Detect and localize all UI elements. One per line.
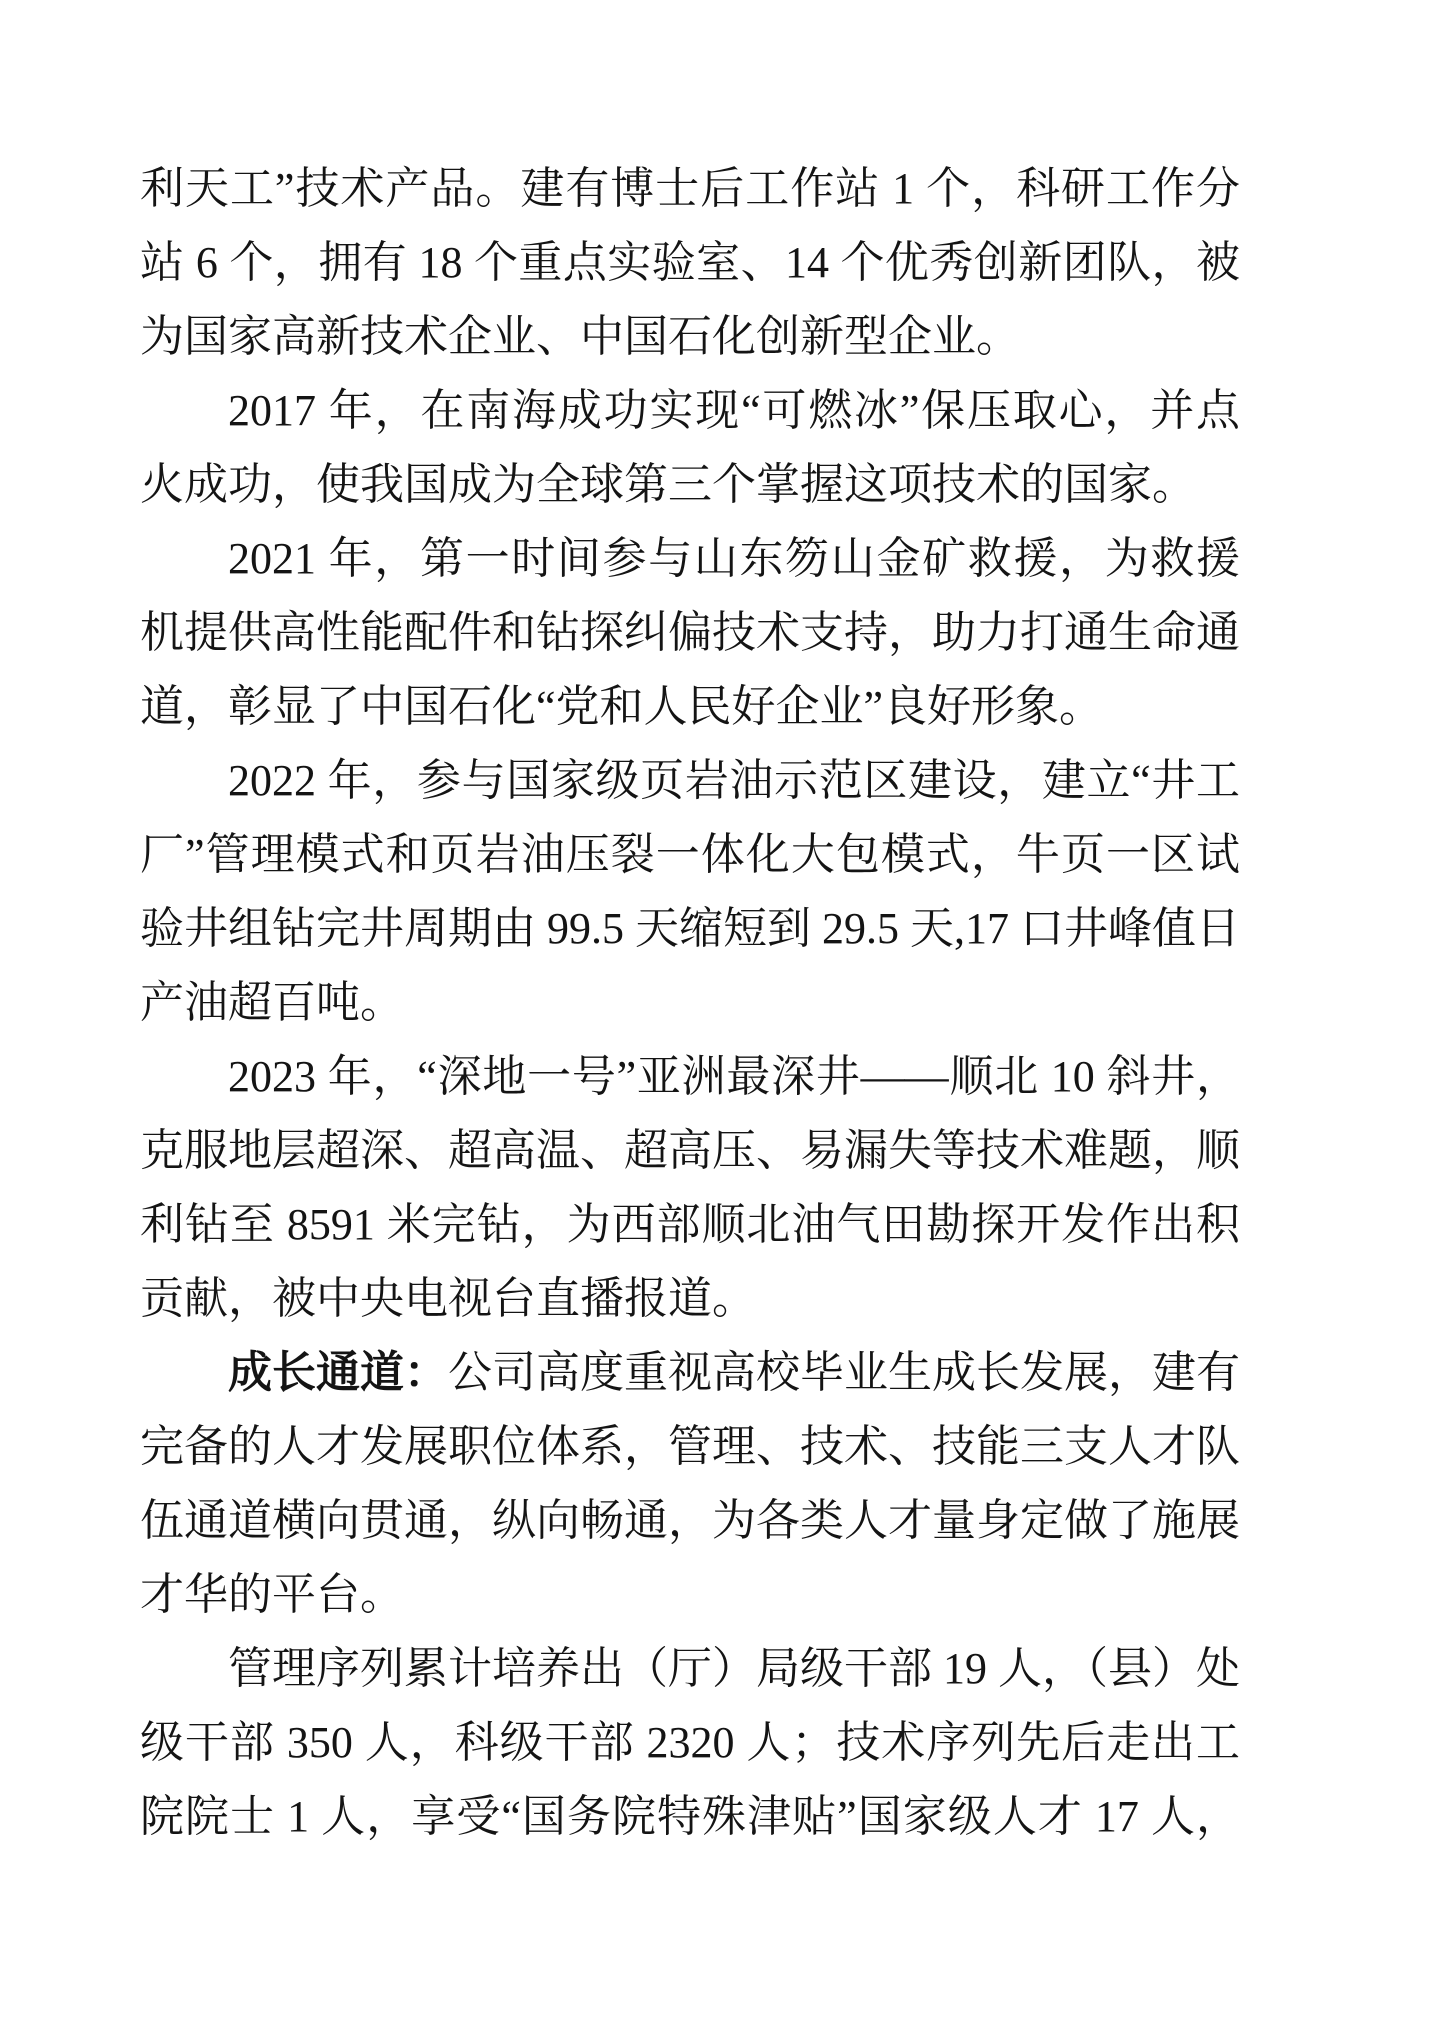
text-line: 验井组钻完井周期由 99.5 天缩短到 29.5 天,17 口井峰值日 [140, 892, 1240, 966]
text-line: 站 6 个，拥有 18 个重点实验室、14 个优秀创新团队，被评 [140, 226, 1240, 300]
text-line: 利钻至 8591 米完钻，为西部顺北油气田勘探开发作出积极 [140, 1188, 1240, 1262]
text-line: 完备的人才发展职位体系，管理、技术、技能三支人才队 [140, 1410, 1240, 1484]
text-line: 贡献，被中央电视台直播报道。 [140, 1262, 1240, 1336]
paragraph-lead-bold: 成长通道： [228, 1348, 448, 1397]
paragraph-lead-rest: 公司高度重视高校毕业生成长发展，建有 [448, 1348, 1240, 1397]
text-line: 院院士 1 人，享受“国务院特殊津贴”国家级人才 17 人， [140, 1780, 1240, 1854]
text-line: 2022 年，参与国家级页岩油示范区建设，建立“井工 [140, 744, 1240, 818]
text-line: 利天工”技术产品。建有博士后工作站 1 个，科研工作分 [140, 152, 1240, 226]
text-line: 克服地层超深、超高温、超高压、易漏失等技术难题，顺 [140, 1114, 1240, 1188]
text-line: 级干部 350 人，科级干部 2320 人；技术序列先后走出工程 [140, 1706, 1240, 1780]
text-line: 2017 年，在南海成功实现“可燃冰”保压取心，并点 [140, 374, 1240, 448]
text-line: 为国家高新技术企业、中国石化创新型企业。 [140, 300, 1240, 374]
text-block: 利天工”技术产品。建有博士后工作站 1 个，科研工作分 站 6 个，拥有 18 … [140, 152, 1240, 1854]
text-line: 厂”管理模式和页岩油压裂一体化大包模式，牛页一区试 [140, 818, 1240, 892]
text-line: 才华的平台。 [140, 1558, 1240, 1632]
text-line: 道，彰显了中国石化“党和人民好企业”良好形象。 [140, 670, 1240, 744]
text-line: 产油超百吨。 [140, 966, 1240, 1040]
text-line: 机提供高性能配件和钻探纠偏技术支持，助力打通生命通 [140, 596, 1240, 670]
text-line: 2023 年，“深地一号”亚洲最深井——顺北 10 斜井， [140, 1040, 1240, 1114]
text-line: 火成功，使我国成为全球第三个掌握这项技术的国家。 [140, 448, 1240, 522]
text-line: 管理序列累计培养出（厅）局级干部 19 人，（县）处 [140, 1632, 1240, 1706]
document-page: 利天工”技术产品。建有博士后工作站 1 个，科研工作分 站 6 个，拥有 18 … [0, 0, 1440, 2036]
text-line: 成长通道：公司高度重视高校毕业生成长发展，建有 [140, 1336, 1240, 1410]
text-line: 2021 年，第一时间参与山东笏山金矿救援，为救援钻 [140, 522, 1240, 596]
text-line: 伍通道横向贯通，纵向畅通，为各类人才量身定做了施展 [140, 1484, 1240, 1558]
